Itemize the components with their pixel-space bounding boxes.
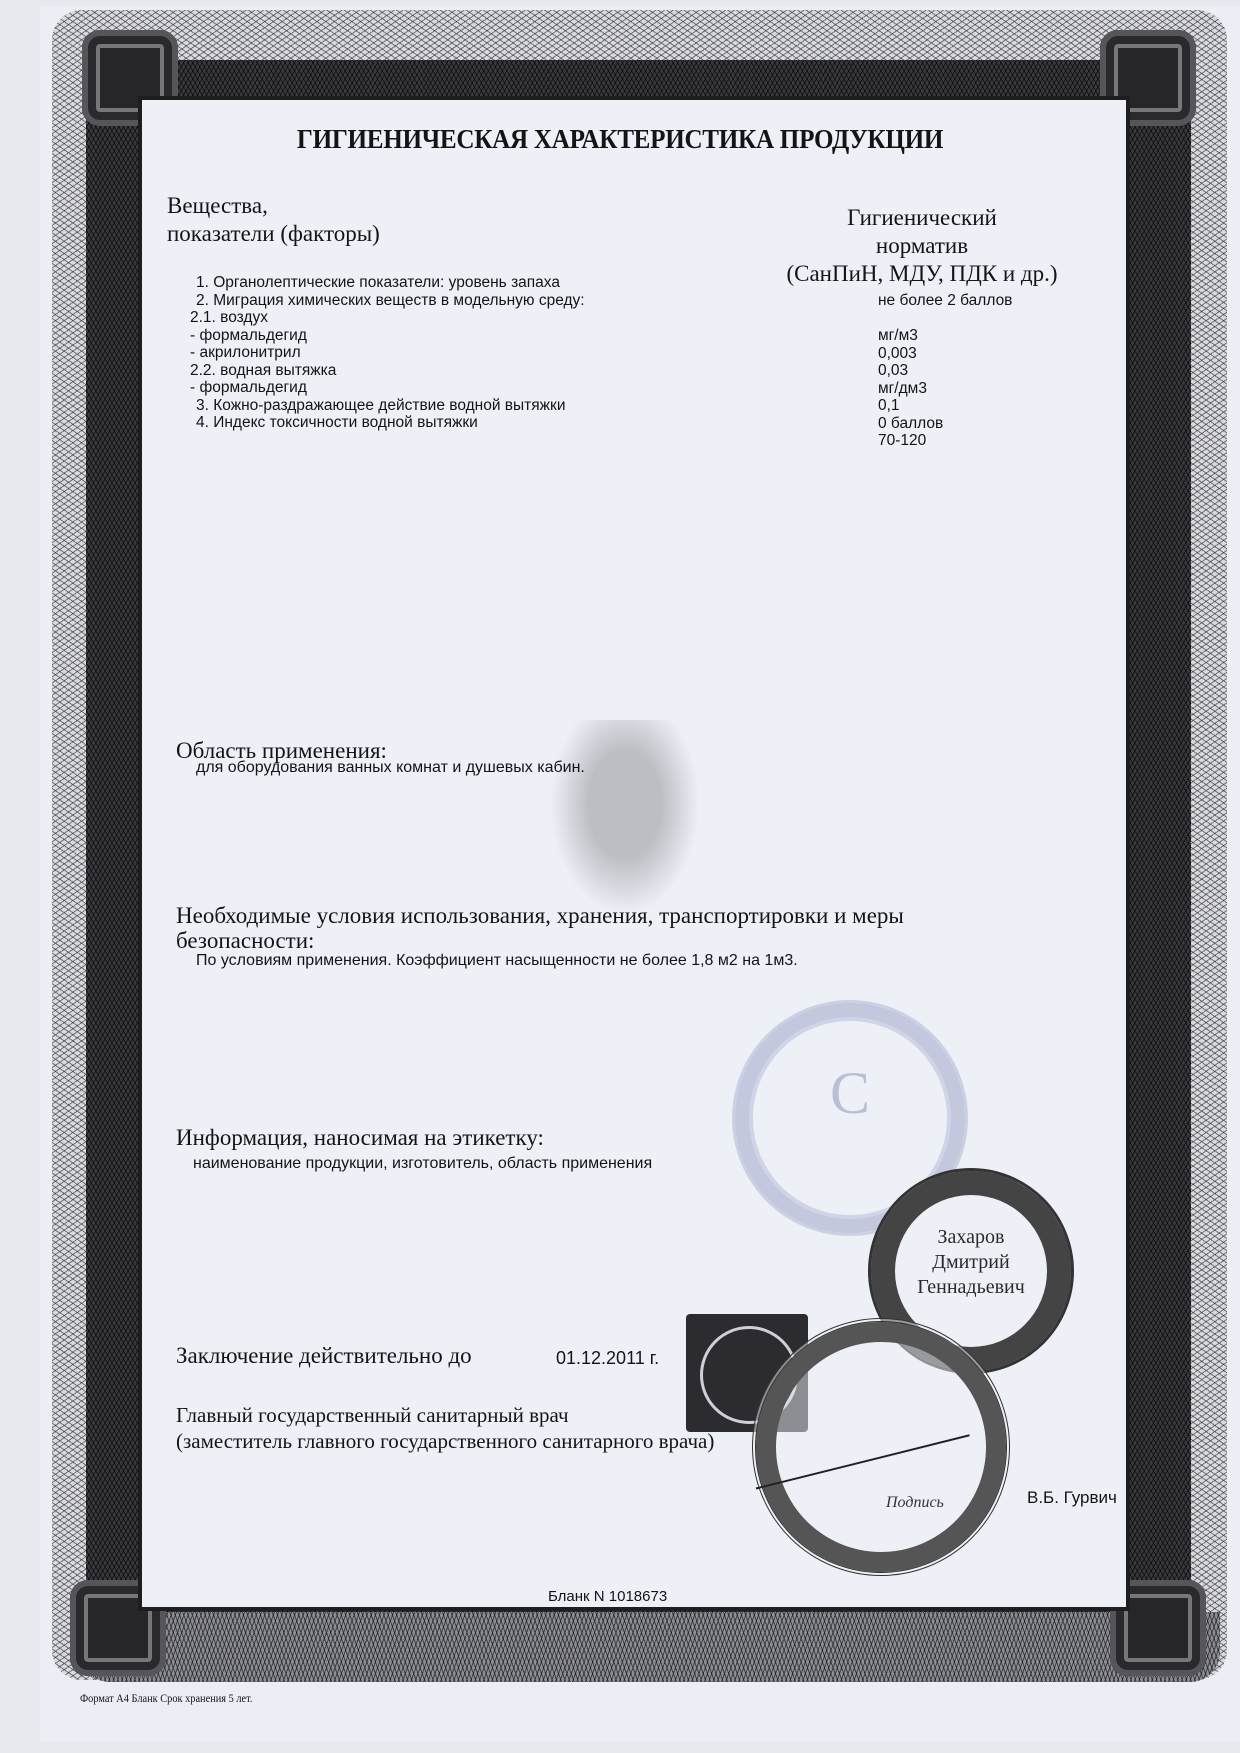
signatory-title: Главный государственный санитарный врач bbox=[176, 1403, 569, 1428]
factor-item: 4. Индекс токсичности водной вытяжки bbox=[196, 414, 585, 432]
factor-item: 2. Миграция химических веществ в модельн… bbox=[196, 292, 585, 310]
document-content: ГИГИЕНИЧЕСКАЯ ХАРАКТЕРИСТИКА ПРОДУКЦИИ В… bbox=[0, 0, 1240, 1753]
scope-text: для оборудования ванных комнат и душевых… bbox=[196, 759, 585, 777]
signatory-subtitle: (заместитель главного государственного с… bbox=[176, 1429, 714, 1454]
norms-list: не более 2 баллов мг/м3 0,003 0,03 мг/дм… bbox=[878, 292, 1012, 450]
factor-item: - формальдегид bbox=[190, 327, 585, 345]
conditions-heading-line1: Необходимые условия использования, хране… bbox=[176, 903, 904, 929]
factor-item: - акрилонитрил bbox=[190, 344, 585, 362]
document-title: ГИГИЕНИЧЕСКАЯ ХАРАКТЕРИСТИКА ПРОДУКЦИИ bbox=[43, 124, 1196, 155]
norm-value: мг/дм3 bbox=[878, 380, 1012, 398]
factors-list: 1. Органолептические показатели: уровень… bbox=[196, 274, 585, 432]
coat-of-arms-watermark-icon bbox=[540, 720, 710, 930]
norm-value bbox=[878, 310, 1012, 328]
factor-item: 2.2. водная вытяжка bbox=[190, 362, 585, 380]
norm-value: мг/м3 bbox=[878, 327, 1012, 345]
factor-item: 2.1. воздух bbox=[190, 309, 585, 327]
norm-value: 0 баллов bbox=[878, 415, 1012, 433]
label-info-text: наименование продукции, изготовитель, об… bbox=[193, 1155, 652, 1173]
conditions-text: По условиям применения. Коэффициент насы… bbox=[196, 952, 798, 970]
conditions-heading-line2: безопасности: bbox=[176, 928, 314, 954]
norm-value: 0,03 bbox=[878, 362, 1012, 380]
norms-column-header: Гигиенический норматив (СанПиН, МДУ, ПДК… bbox=[752, 204, 1092, 288]
validity-date: 01.12.2011 г. bbox=[556, 1348, 659, 1369]
validity-label: Заключение действительно до bbox=[176, 1343, 472, 1369]
signatory-name: В.Б. Гурвич bbox=[1027, 1488, 1117, 1508]
factor-item: 1. Органолептические показатели: уровень… bbox=[196, 274, 585, 292]
norm-value: 0,003 bbox=[878, 345, 1012, 363]
blank-number: Бланк N 1018673 bbox=[548, 1588, 667, 1605]
norm-value: не более 2 баллов bbox=[878, 292, 1012, 310]
label-info-heading: Информация, наносимая на этикетку: bbox=[176, 1125, 544, 1151]
factor-item: - формальдегид bbox=[190, 379, 585, 397]
norm-value: 70-120 bbox=[878, 432, 1012, 450]
footer-note: Формат А4 Бланк Срок хранения 5 лет. bbox=[80, 1693, 252, 1705]
factor-item: 3. Кожно-раздражающее действие водной вы… bbox=[196, 397, 585, 415]
factors-column-header: Вещества, показатели (факторы) bbox=[167, 192, 380, 248]
norm-value: 0,1 bbox=[878, 397, 1012, 415]
